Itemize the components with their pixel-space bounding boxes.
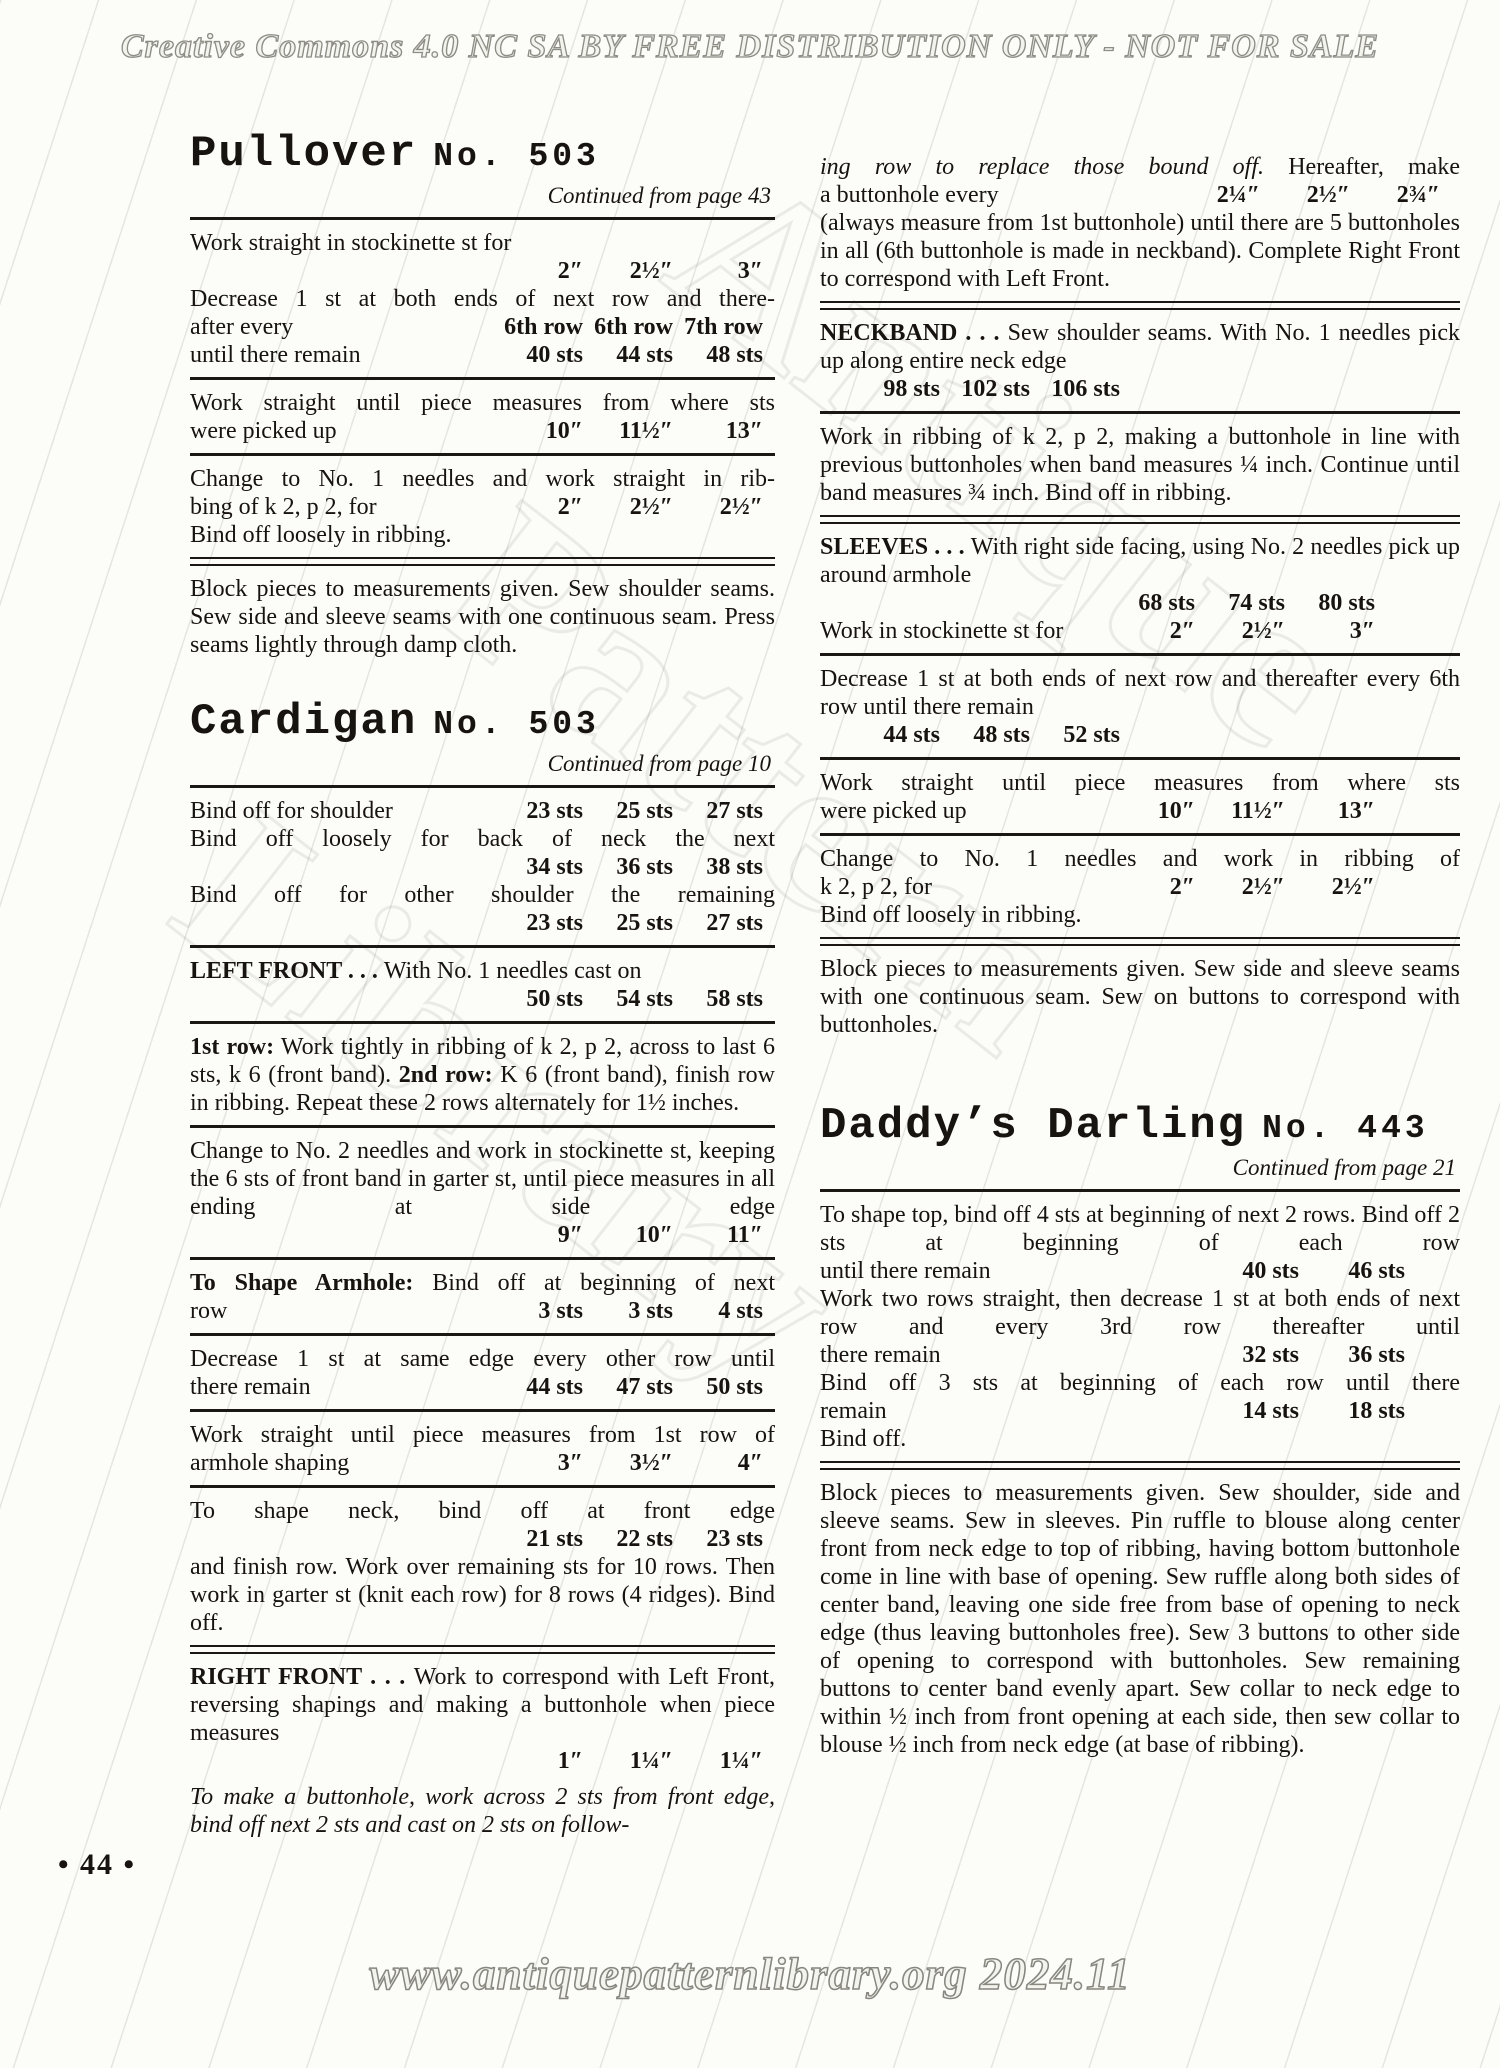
text-run: Bind off loosely in ribbing. bbox=[190, 522, 452, 548]
bold-lead: SLEEVES . . . bbox=[820, 534, 971, 560]
size-values: 32 sts36 sts bbox=[1193, 1341, 1405, 1369]
size-values: 98 sts102 sts106 sts bbox=[850, 375, 1120, 403]
section-rule bbox=[190, 945, 775, 948]
sizes-line: remain14 sts18 sts bbox=[820, 1397, 1460, 1425]
text-run: armhole shaping bbox=[190, 1450, 349, 1476]
sizes-line: there remain32 sts36 sts bbox=[820, 1341, 1460, 1369]
text-run: Work straight in stockinette st for bbox=[190, 230, 511, 256]
sizes-line: armhole shaping3″3½″4″ bbox=[190, 1449, 775, 1477]
section-rule-double bbox=[820, 1461, 1460, 1470]
size-values: 40 sts46 sts bbox=[1193, 1257, 1405, 1285]
size-values: 34 sts36 sts38 sts bbox=[493, 853, 763, 881]
size-value: 102 sts bbox=[940, 375, 1030, 403]
size-value: 3 sts bbox=[493, 1297, 583, 1325]
instruction-paragraph: Work straight until piece measures from … bbox=[820, 769, 1460, 797]
size-values: 2″2½″3″ bbox=[1105, 617, 1375, 645]
size-value: 58 sts bbox=[673, 985, 763, 1013]
size-value: 38 sts bbox=[673, 853, 763, 881]
size-value: 11″ bbox=[673, 1221, 763, 1249]
spacer bbox=[820, 1039, 1460, 1097]
page-number: • 44 • bbox=[58, 1848, 136, 1882]
size-value: 23 sts bbox=[493, 909, 583, 937]
text-run: there remain bbox=[190, 1374, 311, 1400]
instruction-paragraph: To make a buttonhole, work across 2 sts … bbox=[190, 1783, 775, 1839]
size-value: 2½″ bbox=[1285, 873, 1375, 901]
pattern-title-number: No. 503 bbox=[433, 138, 600, 175]
size-value: 1¼″ bbox=[583, 1747, 673, 1775]
footer-url: www.antiquepatternlibrary.org 2024.11 bbox=[0, 1948, 1500, 2000]
text-run: Bind off for shoulder bbox=[190, 798, 393, 824]
size-values: 2¼″2½″2¾″ bbox=[1170, 181, 1440, 209]
section-rule bbox=[820, 757, 1460, 760]
spacer bbox=[190, 1775, 775, 1783]
instruction-paragraph: NECKBAND . . . Sew shoulder seams. With … bbox=[820, 319, 1460, 375]
section-rule-double bbox=[820, 937, 1460, 946]
sizes-line: were picked up10″11½″13″ bbox=[820, 797, 1460, 825]
size-value: 13″ bbox=[1285, 797, 1375, 825]
size-value: 4″ bbox=[673, 1449, 763, 1477]
section-rule bbox=[820, 833, 1460, 836]
section-rule bbox=[190, 785, 775, 788]
size-values: 44 sts48 sts52 sts bbox=[850, 721, 1120, 749]
size-value: 2½″ bbox=[1260, 181, 1350, 209]
sizes-label: until there remain bbox=[190, 341, 361, 369]
text-run: Bind off loosely in ribbing. bbox=[820, 902, 1082, 928]
section-rule bbox=[190, 1333, 775, 1336]
size-values: 1″1¼″1¼″ bbox=[493, 1747, 763, 1775]
section-rule bbox=[190, 377, 775, 380]
size-value: 3 sts bbox=[583, 1297, 673, 1325]
text-run: Change to No. 2 needles and work in stoc… bbox=[190, 1138, 775, 1220]
instruction-paragraph: Change to No. 1 needles and work in ribb… bbox=[820, 845, 1460, 873]
text-run: Work in ribbing of k 2, p 2, making a bu… bbox=[820, 424, 1460, 506]
instruction-paragraph: (always measure from 1st buttonhole) unt… bbox=[820, 209, 1460, 293]
text-run: Change to No. 1 needles and work straigh… bbox=[190, 466, 775, 492]
pattern-title-number: No. 443 bbox=[1262, 1110, 1429, 1147]
text-run: Work two rows straight, then decrease 1 … bbox=[820, 1286, 1460, 1340]
size-value: 44 sts bbox=[850, 721, 940, 749]
sizes-label: armhole shaping bbox=[190, 1449, 349, 1477]
size-value: 44 sts bbox=[493, 1373, 583, 1401]
sizes-line: until there remain40 sts44 sts48 sts bbox=[190, 341, 775, 369]
text-run: To shape neck, bind off at front edge bbox=[190, 1498, 775, 1524]
bold-lead: NECKBAND . . . bbox=[820, 320, 1008, 346]
sizes-line: 1″1¼″1¼″ bbox=[190, 1747, 775, 1775]
bold-lead: To Shape Armhole: bbox=[190, 1270, 413, 1296]
sizes-line: 2″2½″3″ bbox=[190, 257, 775, 285]
size-value: 13″ bbox=[673, 417, 763, 445]
size-value: 1″ bbox=[493, 1747, 583, 1775]
text-run: Hereafter, make bbox=[1288, 154, 1460, 180]
instruction-paragraph: Bind off loosely in ribbing. bbox=[190, 521, 775, 549]
text-run: Work straight until piece measures from … bbox=[190, 1422, 775, 1448]
text-run: Decrease 1 st at same edge every other r… bbox=[190, 1346, 775, 1372]
sizes-line: there remain44 sts47 sts50 sts bbox=[190, 1373, 775, 1401]
size-value: 2½″ bbox=[1195, 617, 1285, 645]
size-value: 25 sts bbox=[583, 909, 673, 937]
text-run: were picked up bbox=[190, 418, 337, 444]
sizes-line: 34 sts36 sts38 sts bbox=[190, 853, 775, 881]
size-value: 2½″ bbox=[583, 257, 673, 285]
text-run: row bbox=[190, 1298, 227, 1324]
text-run: and finish row. Work over remaining sts … bbox=[190, 1554, 775, 1636]
text-run: Bind off 3 sts at beginning of each row … bbox=[820, 1370, 1460, 1396]
size-value: 40 sts bbox=[493, 341, 583, 369]
italic-run: ing row to replace those bound off. bbox=[820, 154, 1288, 180]
sizes-line: bing of k 2, p 2, for2″2½″2½″ bbox=[190, 493, 775, 521]
size-value: 74 sts bbox=[1195, 589, 1285, 617]
left-column: PulloverNo. 503Continued from page 43Wor… bbox=[190, 125, 775, 1839]
pattern-title: Daddy’s DarlingNo. 443 bbox=[820, 1101, 1460, 1151]
sizes-line: 50 sts54 sts58 sts bbox=[190, 985, 775, 1013]
size-values: 2″2½″2½″ bbox=[493, 493, 763, 521]
sizes-line: 68 sts74 sts80 sts bbox=[820, 589, 1460, 617]
instruction-paragraph: Bind off for other shoulder the remainin… bbox=[190, 881, 775, 909]
instruction-paragraph: To Shape Armhole: Bind off at beginning … bbox=[190, 1269, 775, 1297]
size-value: 2″ bbox=[493, 257, 583, 285]
size-values: 44 sts47 sts50 sts bbox=[493, 1373, 763, 1401]
size-values: 10″11½″13″ bbox=[493, 417, 763, 445]
size-value: 46 sts bbox=[1299, 1257, 1405, 1285]
section-rule bbox=[820, 411, 1460, 414]
size-value: 68 sts bbox=[1105, 589, 1195, 617]
instruction-paragraph: RIGHT FRONT . . . Work to correspond wit… bbox=[190, 1663, 775, 1747]
size-value: 50 sts bbox=[493, 985, 583, 1013]
size-values: 9″10″11″ bbox=[493, 1221, 763, 1249]
text-run: Decrease 1 st at both ends of next row a… bbox=[820, 666, 1460, 720]
bold-lead: 1st row: bbox=[190, 1034, 274, 1060]
pattern-title: CardiganNo. 503 bbox=[190, 697, 775, 747]
bold-lead: 2nd row: bbox=[399, 1062, 493, 1088]
sizes-label: k 2, p 2, for bbox=[820, 873, 932, 901]
size-value: 2″ bbox=[493, 493, 583, 521]
continued-note: Continued from page 21 bbox=[820, 1155, 1460, 1181]
instruction-paragraph: Block pieces to measurements given. Sew … bbox=[820, 955, 1460, 1039]
size-value: 27 sts bbox=[673, 909, 763, 937]
text-run: Decrease 1 st at both ends of next row a… bbox=[190, 286, 775, 312]
sizes-label: Bind off for shoulder bbox=[190, 797, 393, 825]
section-rule bbox=[190, 1125, 775, 1128]
text-run: Work straight until piece measures from … bbox=[820, 770, 1460, 796]
sizes-label: row bbox=[190, 1297, 227, 1325]
instruction-paragraph: Change to No. 1 needles and work straigh… bbox=[190, 465, 775, 493]
text-run: after every bbox=[190, 314, 293, 340]
size-values: 3 sts3 sts4 sts bbox=[493, 1297, 763, 1325]
instruction-paragraph: Work straight until piece measures from … bbox=[190, 389, 775, 417]
size-value: 6th row bbox=[493, 313, 583, 341]
text-run: (always measure from 1st buttonhole) unt… bbox=[820, 210, 1460, 292]
pattern-book-page: Antique Pattern Library Creative Commons… bbox=[0, 0, 1500, 2068]
instruction-paragraph: and finish row. Work over remaining sts … bbox=[190, 1553, 775, 1637]
instruction-paragraph: Block pieces to measurements given. Sew … bbox=[820, 1479, 1460, 1759]
text-run: Block pieces to measurements given. Sew … bbox=[190, 576, 775, 658]
instruction-paragraph: Bind off. bbox=[820, 1425, 1460, 1453]
instruction-paragraph: Change to No. 2 needles and work in stoc… bbox=[190, 1137, 775, 1221]
instruction-paragraph: Bind off loosely in ribbing. bbox=[820, 901, 1460, 929]
size-values: 2″2½″2½″ bbox=[1105, 873, 1375, 901]
section-rule-double bbox=[190, 1645, 775, 1654]
instruction-paragraph: Work straight in stockinette st for bbox=[190, 229, 775, 257]
section-rule bbox=[190, 1257, 775, 1260]
section-rule-double bbox=[820, 515, 1460, 524]
size-values: 6th row6th row7th row bbox=[493, 313, 763, 341]
size-value: 10″ bbox=[1105, 797, 1195, 825]
size-values: 3″3½″4″ bbox=[493, 1449, 763, 1477]
instruction-paragraph: Decrease 1 st at both ends of next row a… bbox=[820, 665, 1460, 721]
text-run: Bind off. bbox=[820, 1426, 906, 1452]
size-value: 3″ bbox=[673, 257, 763, 285]
size-values: 21 sts22 sts23 sts bbox=[493, 1525, 763, 1553]
size-value: 47 sts bbox=[583, 1373, 673, 1401]
sizes-line: row3 sts3 sts4 sts bbox=[190, 1297, 775, 1325]
size-value: 44 sts bbox=[583, 341, 673, 369]
pattern-title: PulloverNo. 503 bbox=[190, 129, 775, 179]
size-value: 22 sts bbox=[583, 1525, 673, 1553]
section-rule bbox=[190, 1021, 775, 1024]
size-values: 50 sts54 sts58 sts bbox=[493, 985, 763, 1013]
instruction-paragraph: 1st row: Work tightly in ribbing of k 2,… bbox=[190, 1033, 775, 1117]
size-value: 3″ bbox=[1285, 617, 1375, 645]
section-rule bbox=[820, 653, 1460, 656]
size-value: 23 sts bbox=[493, 797, 583, 825]
sizes-label: bing of k 2, p 2, for bbox=[190, 493, 377, 521]
section-rule bbox=[190, 1485, 775, 1488]
instruction-paragraph: SLEEVES . . . With right side facing, us… bbox=[820, 533, 1460, 589]
text-run: until there remain bbox=[820, 1258, 991, 1284]
sizes-label: until there remain bbox=[820, 1257, 991, 1285]
size-values: 2″2½″3″ bbox=[493, 257, 763, 285]
instruction-paragraph: To shape top, bind off 4 sts at beginnin… bbox=[820, 1201, 1460, 1257]
sizes-line: after every6th row6th row7th row bbox=[190, 313, 775, 341]
sizes-label: Work in stockinette st for bbox=[820, 617, 1063, 645]
text-run: Block pieces to measurements given. Sew … bbox=[820, 956, 1460, 1038]
text-run: k 2, p 2, for bbox=[820, 874, 932, 900]
sizes-line: 21 sts22 sts23 sts bbox=[190, 1525, 775, 1553]
size-value: 2½″ bbox=[1195, 873, 1285, 901]
sizes-label: were picked up bbox=[190, 417, 337, 445]
size-value: 2″ bbox=[1105, 617, 1195, 645]
pattern-title-main: Daddy’s Darling bbox=[820, 1101, 1246, 1151]
size-value: 4 sts bbox=[673, 1297, 763, 1325]
size-values: 23 sts25 sts27 sts bbox=[493, 797, 763, 825]
size-value: 11½″ bbox=[1195, 797, 1285, 825]
instruction-paragraph: Work straight until piece measures from … bbox=[190, 1421, 775, 1449]
pattern-title-number: No. 503 bbox=[433, 706, 600, 743]
section-rule-double bbox=[190, 557, 775, 566]
section-rule bbox=[190, 1409, 775, 1412]
text-run: Bind off at beginning of next bbox=[413, 1270, 775, 1296]
size-value: 2¼″ bbox=[1170, 181, 1260, 209]
pattern-title-main: Pullover bbox=[190, 129, 417, 179]
sizes-label: remain bbox=[820, 1397, 887, 1425]
size-value: 10″ bbox=[583, 1221, 673, 1249]
text-run: there remain bbox=[820, 1342, 941, 1368]
section-rule bbox=[190, 217, 775, 220]
size-value: 54 sts bbox=[583, 985, 673, 1013]
size-value: 48 sts bbox=[673, 341, 763, 369]
text-run: Work in stockinette st for bbox=[820, 618, 1063, 644]
text-run: were picked up bbox=[820, 798, 967, 824]
text-run: a buttonhole every bbox=[820, 182, 999, 208]
text-run: Bind off loosely for back of neck the ne… bbox=[190, 826, 775, 852]
size-value: 40 sts bbox=[1193, 1257, 1299, 1285]
size-value: 36 sts bbox=[583, 853, 673, 881]
sizes-line: a buttonhole every2¼″2½″2¾″ bbox=[820, 181, 1460, 209]
section-rule-double bbox=[820, 301, 1460, 310]
size-value: 14 sts bbox=[1193, 1397, 1299, 1425]
size-value: 50 sts bbox=[673, 1373, 763, 1401]
text-run: To shape top, bind off 4 sts at beginnin… bbox=[820, 1202, 1460, 1256]
bold-lead: LEFT FRONT . . . bbox=[190, 958, 384, 984]
text-run: until there remain bbox=[190, 342, 361, 368]
continued-note: Continued from page 10 bbox=[190, 751, 775, 777]
size-value: 27 sts bbox=[673, 797, 763, 825]
size-value: 9″ bbox=[493, 1221, 583, 1249]
instruction-paragraph: Bind off loosely for back of neck the ne… bbox=[190, 825, 775, 853]
pattern-title-main: Cardigan bbox=[190, 697, 417, 747]
instruction-paragraph: ing row to replace those bound off. Here… bbox=[820, 153, 1460, 181]
instruction-paragraph: Work two rows straight, then decrease 1 … bbox=[820, 1285, 1460, 1341]
size-value: 3½″ bbox=[583, 1449, 673, 1477]
sizes-line: 9″10″11″ bbox=[190, 1221, 775, 1249]
spacer bbox=[190, 659, 775, 693]
size-value: 23 sts bbox=[673, 1525, 763, 1553]
size-value: 2″ bbox=[1105, 873, 1195, 901]
sizes-line: k 2, p 2, for2″2½″2½″ bbox=[820, 873, 1460, 901]
size-value: 52 sts bbox=[1030, 721, 1120, 749]
size-value: 34 sts bbox=[493, 853, 583, 881]
sizes-line: 44 sts48 sts52 sts bbox=[820, 721, 1460, 749]
size-value: 2¾″ bbox=[1350, 181, 1440, 209]
text-run: Change to No. 1 needles and work in ribb… bbox=[820, 846, 1460, 872]
text-run: Work straight until piece measures from … bbox=[190, 390, 775, 416]
size-value: 11½″ bbox=[583, 417, 673, 445]
sizes-line: were picked up10″11½″13″ bbox=[190, 417, 775, 445]
size-value: 7th row bbox=[673, 313, 763, 341]
size-value: 21 sts bbox=[493, 1525, 583, 1553]
sizes-line: until there remain40 sts46 sts bbox=[820, 1257, 1460, 1285]
size-value: 106 sts bbox=[1030, 375, 1120, 403]
instruction-paragraph: To shape neck, bind off at front edge bbox=[190, 1497, 775, 1525]
sizes-label: were picked up bbox=[820, 797, 967, 825]
size-value: 6th row bbox=[583, 313, 673, 341]
size-value: 10″ bbox=[493, 417, 583, 445]
size-value: 48 sts bbox=[940, 721, 1030, 749]
text-run: Bind off for other shoulder the remainin… bbox=[190, 882, 775, 908]
size-value: 3″ bbox=[493, 1449, 583, 1477]
size-values: 23 sts25 sts27 sts bbox=[493, 909, 763, 937]
bold-lead: RIGHT FRONT . . . bbox=[190, 1664, 414, 1690]
size-values: 68 sts74 sts80 sts bbox=[1105, 589, 1375, 617]
sizes-label: there remain bbox=[820, 1341, 941, 1369]
size-value: 1¼″ bbox=[673, 1747, 763, 1775]
text-run: bing of k 2, p 2, for bbox=[190, 494, 377, 520]
size-values: 10″11½″13″ bbox=[1105, 797, 1375, 825]
size-value: 36 sts bbox=[1299, 1341, 1405, 1369]
instruction-paragraph: Decrease 1 st at same edge every other r… bbox=[190, 1345, 775, 1373]
size-value: 18 sts bbox=[1299, 1397, 1405, 1425]
instruction-paragraph: Bind off 3 sts at beginning of each row … bbox=[820, 1369, 1460, 1397]
size-value: 2½″ bbox=[583, 493, 673, 521]
sizes-label: after every bbox=[190, 313, 293, 341]
size-value: 2½″ bbox=[673, 493, 763, 521]
section-rule bbox=[820, 1189, 1460, 1192]
text-run: remain bbox=[820, 1398, 887, 1424]
size-value: 32 sts bbox=[1193, 1341, 1299, 1369]
text-run: Block pieces to measurements given. Sew … bbox=[820, 1480, 1460, 1758]
instruction-paragraph: Decrease 1 st at both ends of next row a… bbox=[190, 285, 775, 313]
sizes-line: 23 sts25 sts27 sts bbox=[190, 909, 775, 937]
size-value: 25 sts bbox=[583, 797, 673, 825]
sizes-label: there remain bbox=[190, 1373, 311, 1401]
instruction-paragraph: LEFT FRONT . . . With No. 1 needles cast… bbox=[190, 957, 775, 985]
text-run: With No. 1 needles cast on bbox=[384, 958, 642, 984]
size-value: 80 sts bbox=[1285, 589, 1375, 617]
cc-notice: Creative Commons 4.0 NC SA BY FREE DISTR… bbox=[0, 28, 1500, 66]
sizes-label: a buttonhole every bbox=[820, 181, 999, 209]
instruction-paragraph: Block pieces to measurements given. Sew … bbox=[190, 575, 775, 659]
size-values: 40 sts44 sts48 sts bbox=[493, 341, 763, 369]
right-column: ing row to replace those bound off. Here… bbox=[820, 153, 1460, 1759]
sizes-line: Work in stockinette st for2″2½″3″ bbox=[820, 617, 1460, 645]
size-values: 14 sts18 sts bbox=[1193, 1397, 1405, 1425]
sizes-line: Bind off for shoulder23 sts25 sts27 sts bbox=[190, 797, 775, 825]
continued-note: Continued from page 43 bbox=[190, 183, 775, 209]
section-rule bbox=[190, 453, 775, 456]
instruction-paragraph: Work in ribbing of k 2, p 2, making a bu… bbox=[820, 423, 1460, 507]
sizes-line: 98 sts102 sts106 sts bbox=[820, 375, 1460, 403]
italic-run: To make a buttonhole, work across 2 sts … bbox=[190, 1784, 775, 1838]
size-value: 98 sts bbox=[850, 375, 940, 403]
